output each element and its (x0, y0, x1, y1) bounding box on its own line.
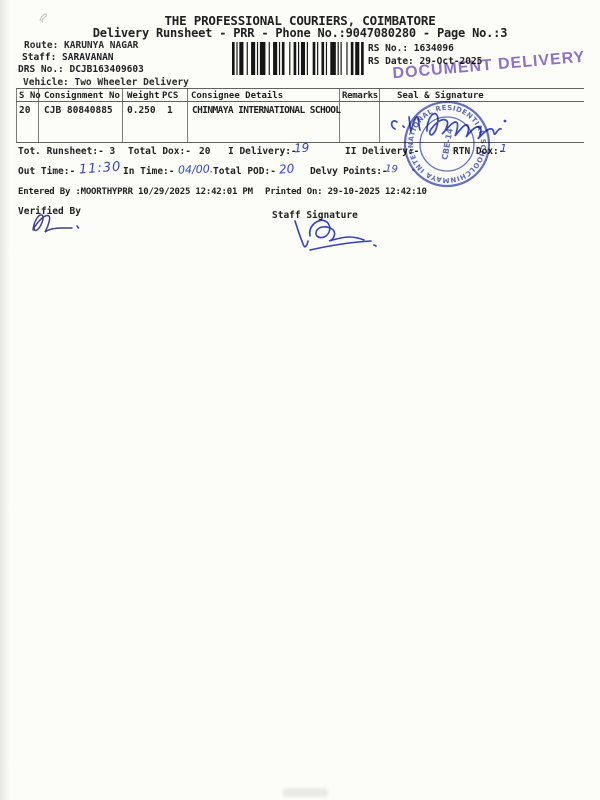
doc-subtitle: Delivery Runsheet - PRR - Phone No.:9047… (0, 26, 600, 40)
drs-no-line: DRS No.: DCJB163409603 (18, 64, 144, 75)
table-header-border (16, 101, 584, 102)
handwritten-in-time: 04/00. (178, 162, 214, 176)
table-vline (122, 88, 123, 142)
route-line: Route: KARUNYA NAGAR (24, 40, 138, 51)
scan-smudge (283, 788, 328, 797)
handwritten-delvy-points: 19 (385, 164, 398, 176)
cell-weight: 0.250 (127, 105, 156, 116)
col-header-remarks: Remarks (342, 91, 378, 101)
total-dox-label: Total Dox:- (128, 146, 191, 157)
col-header-weight: Weight (127, 91, 160, 101)
cell-consignment-no: CJB 80840885 (44, 105, 113, 116)
handwritten-rtn-dox: 1 (500, 142, 507, 155)
rs-no-line: RS No.: 1634096 (368, 43, 454, 54)
scan-edge-shadow (0, 0, 10, 800)
table-vline (379, 88, 380, 142)
handwritten-out-time: 11:30 (79, 160, 122, 178)
table-top-border (16, 88, 584, 89)
staff-signature (295, 220, 376, 250)
staff-line: Staff: SARAVANAN (22, 52, 114, 63)
total-dox-value: 20 (199, 146, 210, 157)
seal-center-text: CBE-14 (440, 127, 454, 160)
col-header-consignment-no: Consignment No (44, 91, 120, 101)
col-header-s-no: S No (19, 91, 41, 101)
verified-by-label: Verified By (18, 206, 81, 217)
entered-by-line: Entered By :MOORTHYPRR 10/29/2025 12:42:… (18, 187, 253, 197)
consignee-seal-stamp: CHINMAYA INTERNATIONAL RESIDENTIAL SCHOO… (402, 99, 492, 189)
handwritten-total-pod: 20 (278, 161, 294, 176)
ink-overlay (0, 0, 600, 800)
col-header-consignee: Consignee Details (191, 91, 283, 101)
scanned-delivery-runsheet: THE PROFESSIONAL COURIERS, COIMBATORE De… (0, 0, 600, 800)
handwritten-i-delivery: 19 (294, 141, 310, 156)
table-vline (16, 88, 17, 142)
delvy-points-label: Delvy Points:- (310, 166, 387, 177)
cell-consignee: CHINMAYA INTERNATIONAL SCHOOL (192, 105, 340, 116)
staff-signature-label: Staff Signature (272, 210, 358, 221)
cell-s-no: 20 (19, 105, 30, 116)
col-header-pcs: PCS (162, 91, 178, 101)
vehicle-line: Vehicle: Two Wheeler Delivery (23, 77, 189, 88)
total-pod-label: Total POD:- (213, 166, 276, 177)
i-delivery-label: I Delivery:- (228, 146, 297, 157)
in-time-label: In Time:- (123, 166, 174, 177)
cell-pcs: 1 (167, 105, 173, 116)
table-vline (187, 88, 188, 142)
out-time-label: Out Time:- (18, 166, 75, 177)
barcode (232, 42, 364, 75)
tot-runsheet: Tot. Runsheet:- 3 (18, 146, 115, 157)
verified-by-signature (33, 215, 79, 232)
